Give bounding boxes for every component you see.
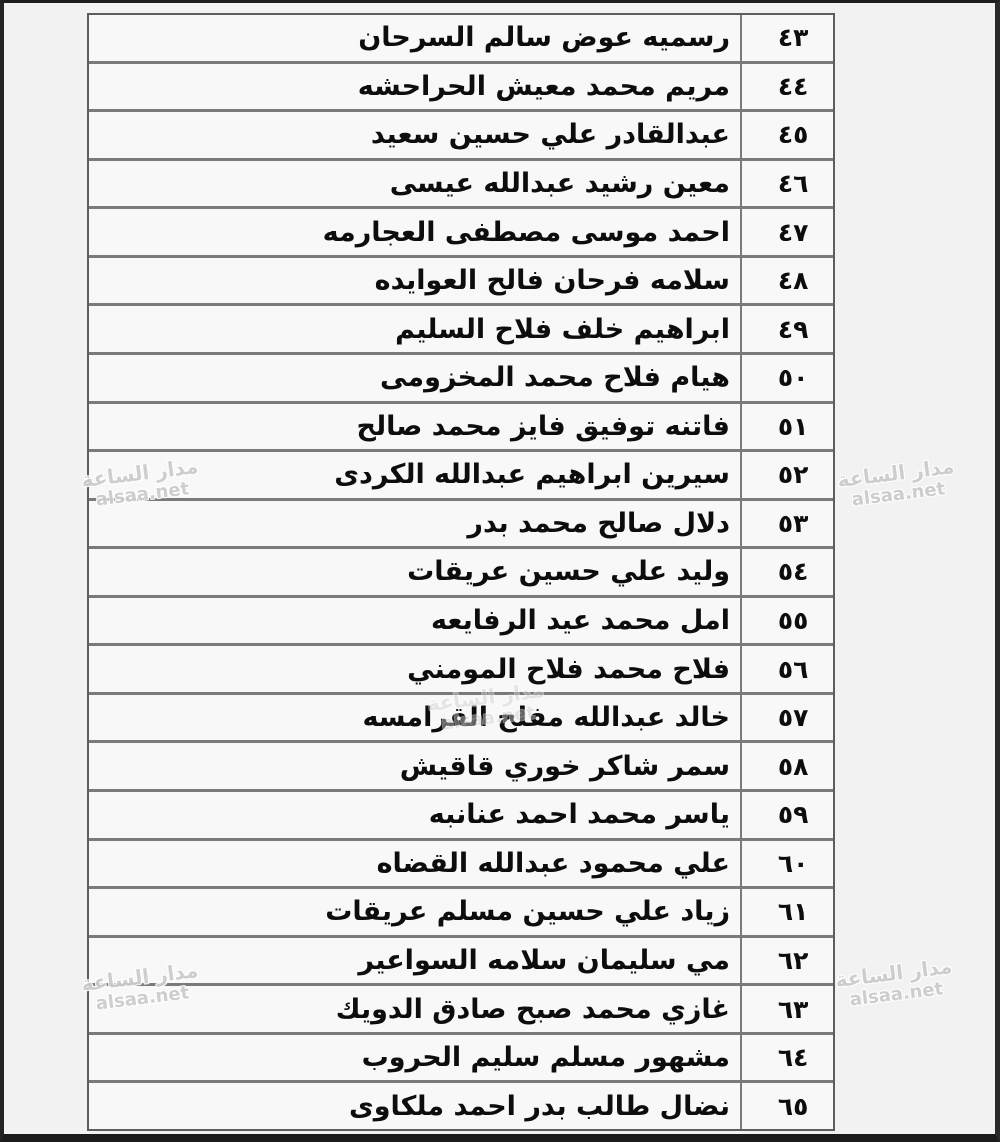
person-name: فاتنه توفيق فايز محمد صالح (89, 404, 740, 450)
row-number: ٥٧ (740, 695, 833, 741)
row-number: ٤٥ (740, 112, 833, 158)
person-name: فلاح محمد فلاح المومني (89, 646, 740, 692)
table-row: معين رشيد عبدالله عيسى ٤٦ (89, 161, 833, 210)
row-number: ٥٨ (740, 743, 833, 789)
row-number: ٥٦ (740, 646, 833, 692)
watermark-arabic-text: مدار الساعة (834, 954, 953, 992)
row-number: ٤٨ (740, 258, 833, 304)
person-name: امل محمد عيد الرفايعه (89, 598, 740, 644)
row-number: ٦٤ (740, 1035, 833, 1081)
table-row: نضال طالب بدر احمد ملكاوى ٦٥ (89, 1083, 833, 1129)
person-name: مشهور مسلم سليم الحروب (89, 1035, 740, 1081)
table-row: سيرين ابراهيم عبدالله الكردى ٥٢ (89, 452, 833, 501)
person-name: دلال صالح محمد بدر (89, 501, 740, 547)
table-row: هيام فلاح محمد المخزومى ٥٠ (89, 355, 833, 404)
row-number: ٤٩ (740, 306, 833, 352)
names-table: رسميه عوض سالم السرحان ٤٣ مريم محمد معيش… (87, 13, 835, 1131)
table-row: وليد علي حسين عريقات ٥٤ (89, 549, 833, 598)
row-number: ٤٧ (740, 209, 833, 255)
watermark-site-url: alsaa.net (849, 979, 945, 1010)
table-row: سمر شاكر خوري قاقيش ٥٨ (89, 743, 833, 792)
person-name: زياد علي حسين مسلم عريقات (89, 889, 740, 935)
person-name: علي محمود عبدالله القضاه (89, 841, 740, 887)
row-number: ٥٣ (740, 501, 833, 547)
row-number: ٥٤ (740, 549, 833, 595)
person-name: نضال طالب بدر احمد ملكاوى (89, 1083, 740, 1129)
table-row: خالد عبدالله مفلح القرامسه ٥٧ (89, 695, 833, 744)
table-row: مشهور مسلم سليم الحروب ٦٤ (89, 1035, 833, 1084)
row-number: ٥٥ (740, 598, 833, 644)
person-name: رسميه عوض سالم السرحان (89, 15, 740, 61)
person-name: وليد علي حسين عريقات (89, 549, 740, 595)
row-number: ٥٩ (740, 792, 833, 838)
table-row: دلال صالح محمد بدر ٥٣ (89, 501, 833, 550)
table-row: ابراهيم خلف فلاح السليم ٤٩ (89, 306, 833, 355)
person-name: احمد موسى مصطفى العجارمه (89, 209, 740, 255)
person-name: غازي محمد صبح صادق الدويك (89, 986, 740, 1032)
row-number: ٥١ (740, 404, 833, 450)
person-name: عبدالقادر علي حسين سعيد (89, 112, 740, 158)
table-row: مي سليمان سلامه السواعير ٦٢ (89, 938, 833, 987)
person-name: ياسر محمد احمد عنانبه (89, 792, 740, 838)
row-number: ٤٦ (740, 161, 833, 207)
table-row: رسميه عوض سالم السرحان ٤٣ (89, 15, 833, 64)
row-number: ٤٤ (740, 64, 833, 110)
person-name: مريم محمد معيش الحراحشه (89, 64, 740, 110)
person-name: هيام فلاح محمد المخزومى (89, 355, 740, 401)
person-name: معين رشيد عبدالله عيسى (89, 161, 740, 207)
row-number: ٦٣ (740, 986, 833, 1032)
watermark-arabic-text: مدار الساعة (836, 454, 955, 492)
table-row: علي محمود عبدالله القضاه ٦٠ (89, 841, 833, 890)
table-row: زياد علي حسين مسلم عريقات ٦١ (89, 889, 833, 938)
person-name: سمر شاكر خوري قاقيش (89, 743, 740, 789)
watermark-alsaa-right-bottom: مدار الساعة alsaa.net (818, 952, 972, 1014)
person-name: سيرين ابراهيم عبدالله الكردى (89, 452, 740, 498)
table-row: مريم محمد معيش الحراحشه ٤٤ (89, 64, 833, 113)
table-row: فلاح محمد فلاح المومني ٥٦ (89, 646, 833, 695)
table-row: فاتنه توفيق فايز محمد صالح ٥١ (89, 404, 833, 453)
person-name: مي سليمان سلامه السواعير (89, 938, 740, 984)
row-number: ٦٢ (740, 938, 833, 984)
scanned-document-page: رسميه عوض سالم السرحان ٤٣ مريم محمد معيش… (0, 0, 1000, 1142)
person-name: خالد عبدالله مفلح القرامسه (89, 695, 740, 741)
watermark-site-url: alsaa.net (851, 479, 947, 510)
watermark-alsaa-right-middle: مدار الساعة alsaa.net (820, 452, 974, 514)
row-number: ٥٠ (740, 355, 833, 401)
person-name: سلامه فرحان فالح العوايده (89, 258, 740, 304)
table-row: ياسر محمد احمد عنانبه ٥٩ (89, 792, 833, 841)
row-number: ٦٠ (740, 841, 833, 887)
table-row: سلامه فرحان فالح العوايده ٤٨ (89, 258, 833, 307)
table-row: عبدالقادر علي حسين سعيد ٤٥ (89, 112, 833, 161)
table-row: غازي محمد صبح صادق الدويك ٦٣ (89, 986, 833, 1035)
table-row: احمد موسى مصطفى العجارمه ٤٧ (89, 209, 833, 258)
row-number: ٦١ (740, 889, 833, 935)
table-row: امل محمد عيد الرفايعه ٥٥ (89, 598, 833, 647)
row-number: ٦٥ (740, 1083, 833, 1129)
row-number: ٥٢ (740, 452, 833, 498)
row-number: ٤٣ (740, 15, 833, 61)
person-name: ابراهيم خلف فلاح السليم (89, 306, 740, 352)
